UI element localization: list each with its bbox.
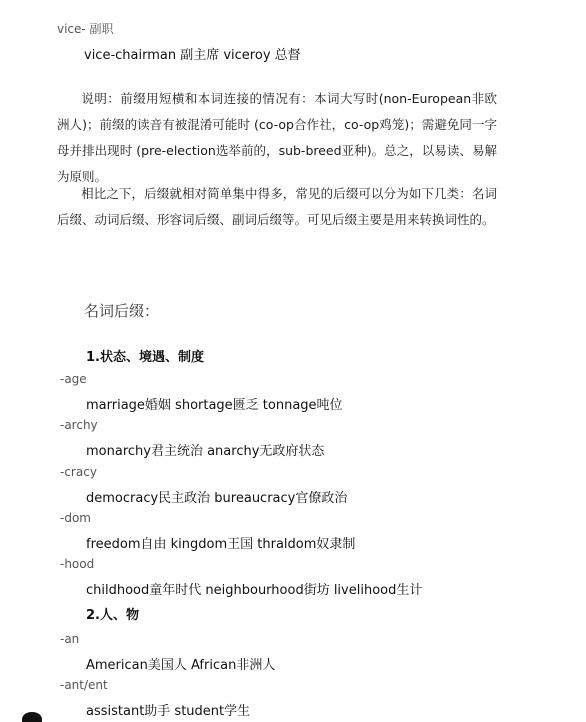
suffix-examples: assistant助手 student学生 xyxy=(86,700,250,719)
group-heading-2: 2.人、物 xyxy=(86,604,139,623)
suffix-examples: marriage婚姻 shortage匮乏 tonnage吨位 xyxy=(86,394,343,413)
suffix-label: -dom xyxy=(60,511,91,525)
note-paragraph-text: 说明：前缀用短横和本词连接的情况有：本词大写时(non-European非欧洲人… xyxy=(57,91,497,184)
suffix-label: -hood xyxy=(60,557,94,571)
suffix-label: -cracy xyxy=(60,465,97,479)
compare-paragraph-text: 相比之下，后缀就相对简单集中得多，常见的后缀可以分为如下几类：名词后缀、动词后缀… xyxy=(57,186,497,227)
decorative-ornament xyxy=(22,712,42,722)
suffix-examples: childhood童年时代 neighbourhood街坊 livelihood… xyxy=(86,579,422,598)
suffix-label: -an xyxy=(60,632,79,646)
suffix-label: -ant/ent xyxy=(60,678,108,692)
compare-paragraph: 相比之下，后缀就相对简单集中得多，常见的后缀可以分为如下几类：名词后缀、动词后缀… xyxy=(57,181,497,233)
suffix-label: -age xyxy=(60,372,87,386)
note-paragraph: 说明：前缀用短横和本词连接的情况有：本词大写时(non-European非欧洲人… xyxy=(57,86,497,190)
group-heading-1: 1.状态、境遇、制度 xyxy=(86,346,204,365)
prefix-vice-examples: vice-chairman 副主席 viceroy 总督 xyxy=(84,44,301,63)
suffix-examples: American美国人 African非洲人 xyxy=(86,654,275,673)
prefix-vice-label: vice- 副职 xyxy=(57,20,114,37)
suffix-label: -archy xyxy=(60,418,98,432)
suffix-examples: monarchy君主统治 anarchy无政府状态 xyxy=(86,440,324,459)
section-title: 名词后缀： xyxy=(84,300,159,321)
suffix-examples: freedom自由 kingdom王国 thraldom奴隶制 xyxy=(86,533,355,552)
suffix-examples: democracy民主政治 bureaucracy官僚政治 xyxy=(86,487,347,506)
